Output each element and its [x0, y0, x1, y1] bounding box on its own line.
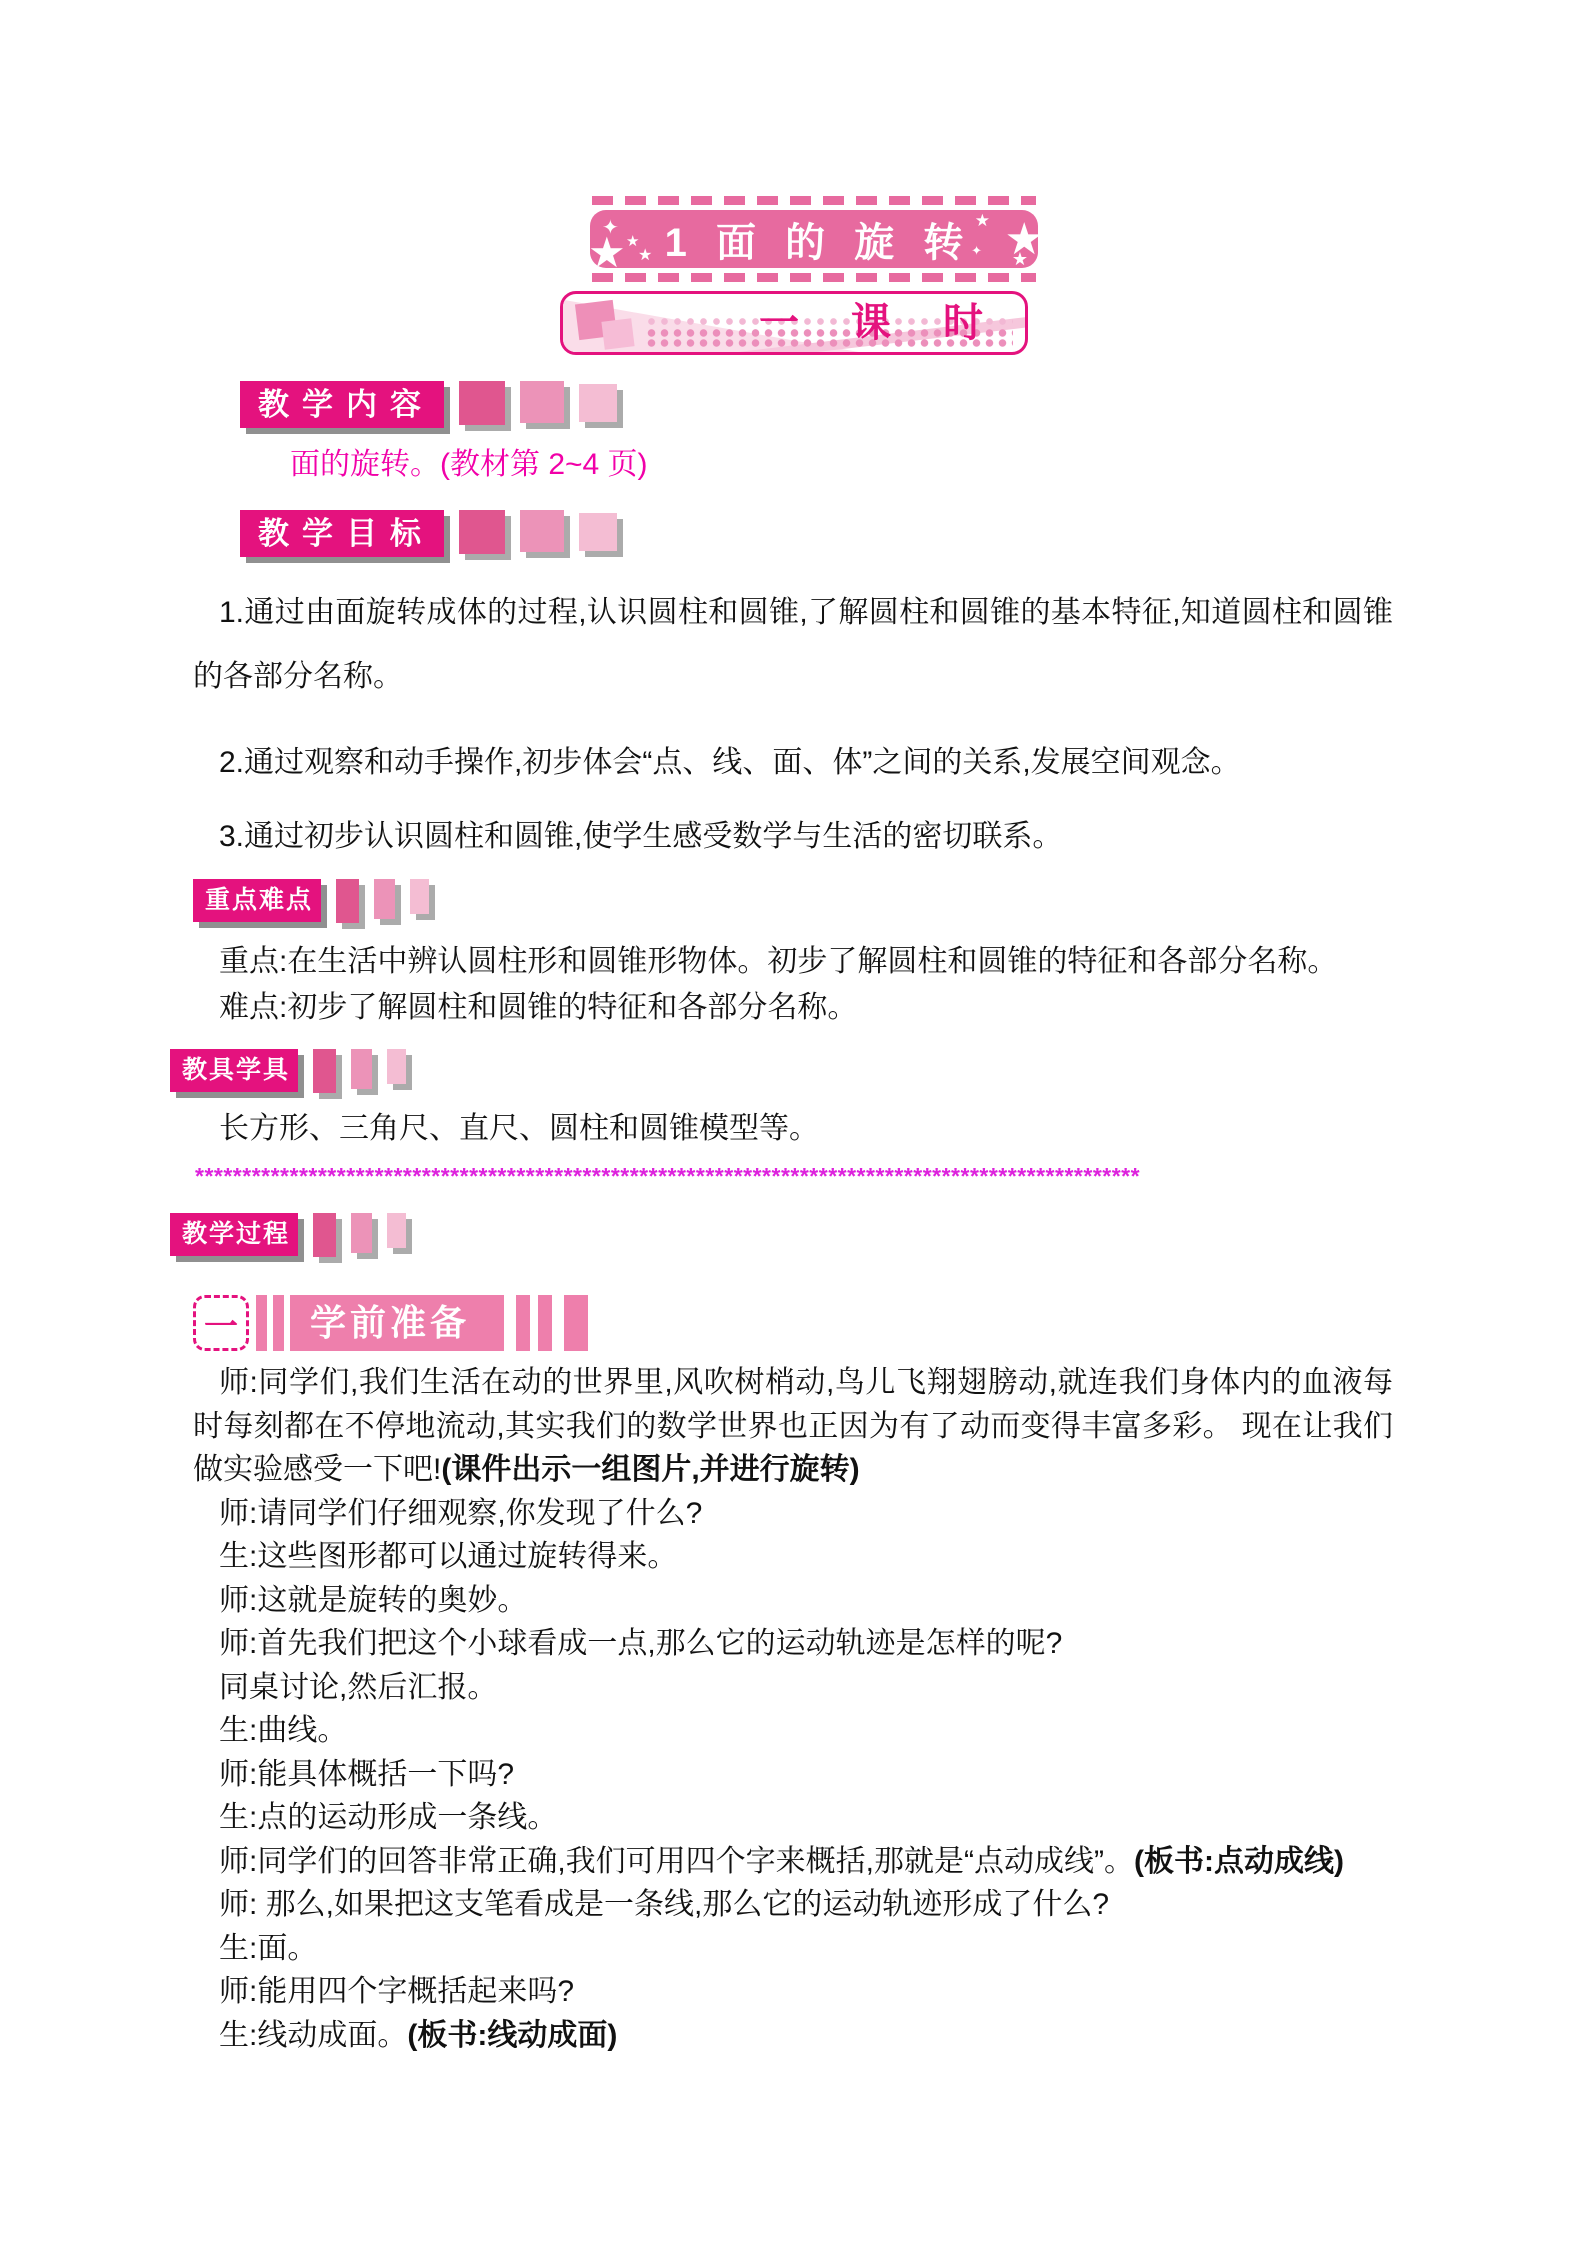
dialog-text: 师:同学们的回答非常正确,我们可用四个字来概括,那就是“点动成线”。 — [219, 1845, 1134, 1878]
star-icon: ✦ — [971, 244, 982, 257]
dialog-line: 师:能用四个字概括起来吗? — [193, 1970, 1393, 2014]
section-badge: 教学目标 — [240, 510, 444, 557]
dialog-text: 生:曲线。 — [219, 1714, 347, 1747]
section-header-teaching-process: 教学过程 — [170, 1213, 1587, 1257]
deco-bar — [313, 1213, 336, 1257]
dialog-line: 师:首先我们把这个小球看成一点,那么它的运动轨迹是怎样的呢? — [193, 1622, 1393, 1666]
step-number-box: 一 — [193, 1295, 249, 1351]
dialog-text: 师:能用四个字概括起来吗? — [219, 1975, 574, 2008]
deco-bar — [387, 1213, 406, 1248]
section-badge: 教学过程 — [170, 1213, 298, 1256]
dialog-text: 生:线动成面。 — [219, 2019, 407, 2052]
dashed-border-top — [592, 196, 1036, 205]
dialog-line: 同桌讨论,然后汇报。 — [193, 1666, 1393, 1710]
deco-square — [459, 381, 505, 425]
lesson-period-banner: 一课时 — [560, 291, 1028, 355]
dialog-board-note: (板书:线动成面) — [407, 2019, 617, 2052]
section-header-teaching-aids: 教具学具 — [170, 1049, 1587, 1093]
dialog-line: 师:同学们,我们生活在动的世界里,风吹树梢动,鸟儿飞翔翅膀动,就连我们身体内的血… — [193, 1361, 1393, 1492]
objective-item: 2.通过观察和动手操作,初步体会“点、线、面、体”之间的关系,发展空间观念。 — [193, 731, 1393, 795]
dialog-line: 生:点的运动形成一条线。 — [193, 1796, 1393, 1840]
deco-bar — [374, 879, 395, 919]
dialog-line: 师:同学们的回答非常正确,我们可用四个字来概括,那就是“点动成线”。(板书:点动… — [193, 1840, 1393, 1884]
dialog-line: 生:线动成面。(板书:线动成面) — [193, 2014, 1393, 2058]
star-icon: ★ — [975, 212, 990, 229]
deco-bar — [351, 1213, 372, 1253]
dialog-board-note: (板书:点动成线) — [1134, 1845, 1344, 1878]
dialog-text: 生:点的运动形成一条线。 — [219, 1801, 557, 1834]
lesson-plan-page: ✦ ★ ★ ★ ★ ★ ✦ ★ 1 面 的 旋 转 一课时 教学内容 面的旋转。… — [0, 0, 1587, 2245]
dialog-line: 生:曲线。 — [193, 1709, 1393, 1753]
asterisk-divider: ****************************************… — [195, 1161, 1395, 1191]
section-badge: 重点难点 — [193, 879, 321, 922]
dialog-text: 师: 那么,如果把这支笔看成是一条线,那么它的运动轨迹形成了什么? — [219, 1888, 1109, 1921]
deco-bar — [410, 879, 429, 914]
lesson-title: 1 面 的 旋 转 — [656, 211, 973, 268]
section-badge: 教学内容 — [240, 381, 444, 428]
dialog-text: 生:这些图形都可以通过旋转得来。 — [219, 1540, 677, 1573]
dialog-line: 师: 那么,如果把这支笔看成是一条线,那么它的运动轨迹形成了什么? — [193, 1883, 1393, 1927]
step-title: 学前准备 — [290, 1295, 504, 1351]
dashed-border-bottom — [592, 273, 1036, 282]
deco-bar — [256, 1295, 267, 1351]
star-icon: ★ — [588, 232, 626, 274]
star-icon: ★ — [1012, 250, 1028, 268]
deco-bar — [538, 1295, 552, 1351]
dialog-text: 师:请同学们仔细观察,你发现了什么? — [219, 1497, 702, 1530]
dialog-text: 师:这就是旋转的奥妙。 — [219, 1584, 527, 1617]
section-badge: 教具学具 — [170, 1049, 298, 1092]
dialog-line: 生:这些图形都可以通过旋转得来。 — [193, 1535, 1393, 1579]
star-icon: ★ — [638, 248, 652, 264]
deco-square — [520, 510, 564, 552]
dialog-line: 师:请同学们仔细观察,你发现了什么? — [193, 1492, 1393, 1536]
deco-bar — [313, 1049, 336, 1093]
deco-bar — [273, 1295, 284, 1351]
dialog-text: 师:能具体概括一下吗? — [219, 1758, 514, 1791]
title-banner-body: ✦ ★ ★ ★ ★ ★ ✦ ★ 1 面 的 旋 转 — [590, 210, 1038, 268]
dialog-line: 师:这就是旋转的奥妙。 — [193, 1579, 1393, 1623]
objective-item: 3.通过初步认识圆柱和圆锥,使学生感受数学与生活的密切联系。 — [193, 805, 1393, 869]
lesson-title-banner: ✦ ★ ★ ★ ★ ★ ✦ ★ 1 面 的 旋 转 — [590, 196, 1038, 282]
dialog-transcript: 师:同学们,我们生活在动的世界里,风吹树梢动,鸟儿飞翔翅膀动,就连我们身体内的血… — [193, 1361, 1393, 2057]
lesson-period-label: 一课时 — [759, 294, 1028, 352]
dialog-line: 生:面。 — [193, 1927, 1393, 1971]
key-point-item: 重点:在生活中辨认圆柱形和圆锥形物体。初步了解圆柱和圆锥的特征和各部分名称。 — [193, 939, 1393, 985]
section-header-key-points: 重点难点 — [193, 879, 1587, 923]
dialog-text: 师:首先我们把这个小球看成一点,那么它的运动轨迹是怎样的呢? — [219, 1627, 1062, 1660]
deco-bar — [564, 1295, 588, 1351]
dialog-line: 师:能具体概括一下吗? — [193, 1753, 1393, 1797]
deco-square — [520, 381, 564, 423]
teaching-aids-text: 长方形、三角尺、直尺、圆柱和圆锥模型等。 — [193, 1107, 1393, 1151]
deco-bar — [387, 1049, 406, 1084]
deco-square — [579, 384, 617, 422]
dialog-text: 生:面。 — [219, 1932, 317, 1965]
deco-bar — [516, 1295, 530, 1351]
dialog-board-note: (课件出示一组图片,并进行旋转) — [441, 1453, 859, 1486]
section-header-teaching-objectives: 教学目标 — [240, 510, 1587, 557]
deco-square — [459, 510, 505, 554]
key-point-item: 难点:初步了解圆柱和圆锥的特征和各部分名称。 — [193, 985, 1393, 1031]
teaching-content-text: 面的旋转。(教材第 2~4 页) — [290, 444, 1587, 486]
deco-bar — [336, 879, 359, 923]
deco-bar — [351, 1049, 372, 1089]
objective-item: 1.通过由面旋转成体的过程,认识圆柱和圆锥,了解圆柱和圆锥的基本特征,知道圆柱和… — [193, 581, 1393, 709]
step-header-preparation: 一 学前准备 — [193, 1295, 1587, 1351]
deco-square — [601, 318, 634, 349]
objectives-list: 1.通过由面旋转成体的过程,认识圆柱和圆锥,了解圆柱和圆锥的基本特征,知道圆柱和… — [193, 581, 1393, 869]
key-points-list: 重点:在生活中辨认圆柱形和圆锥形物体。初步了解圆柱和圆锥的特征和各部分名称。 难… — [193, 939, 1393, 1031]
dialog-text: 同桌讨论,然后汇报。 — [219, 1671, 497, 1704]
section-header-teaching-content: 教学内容 — [240, 381, 1587, 428]
deco-square — [579, 513, 617, 551]
